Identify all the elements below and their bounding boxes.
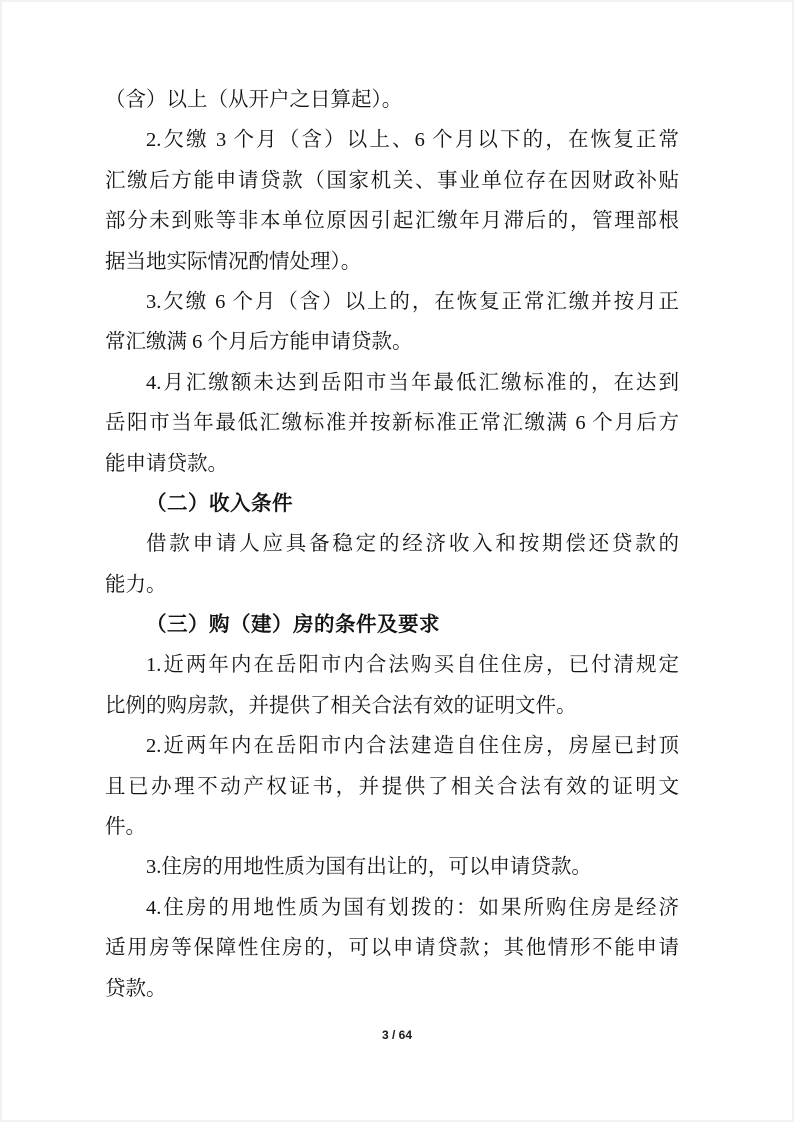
text-line: 4.月汇缴额未达到岳阳市当年最低汇缴标准的，在达到 (105, 363, 679, 403)
text-line: 且已办理不动产权证书，并提供了相关合法有效的证明文 (105, 767, 679, 807)
text-line: 能申请贷款。 (105, 444, 679, 484)
text-line: 1.近两年内在岳阳市内合法购买自住住房，已付清规定 (105, 645, 679, 685)
text-line: 适用房等保障性住房的，可以申请贷款；其他情形不能申请 (105, 928, 679, 968)
text-line: 岳阳市当年最低汇缴标准并按新标准正常汇缴满 6 个月后方 (105, 403, 679, 443)
page-number: 3 / 64 (2, 1028, 792, 1042)
heading-line: （三）购（建）房的条件及要求 (105, 605, 679, 645)
text-line: 3.欠缴 6 个月（含）以上的，在恢复正常汇缴并按月正 (105, 282, 679, 322)
text-line: 贷款。 (105, 969, 679, 1009)
text-line: 3.住房的用地性质为国有出让的，可以申请贷款。 (105, 847, 679, 887)
text-line: 借款申请人应具备稳定的经济收入和按期偿还贷款的 (105, 524, 679, 564)
text-line: 常汇缴满 6 个月后方能申请贷款。 (105, 322, 679, 362)
text-line: 汇缴后方能申请贷款（国家机关、事业单位存在因财政补贴 (105, 161, 679, 201)
text-line: 2.欠缴 3 个月（含）以上、6 个月以下的，在恢复正常 (105, 120, 679, 160)
text-line: （含）以上（从开户之日算起）。 (105, 80, 679, 120)
text-line: 据当地实际情况酌情处理）。 (105, 242, 679, 282)
text-line: 能力。 (105, 565, 679, 605)
document-body: （含）以上（从开户之日算起）。2.欠缴 3 个月（含）以上、6 个月以下的，在恢… (105, 2, 679, 1009)
text-line: 部分未到账等非本单位原因引起汇缴年月滞后的，管理部根 (105, 201, 679, 241)
document-page: （含）以上（从开户之日算起）。2.欠缴 3 个月（含）以上、6 个月以下的，在恢… (0, 0, 794, 1122)
text-line: 2.近两年内在岳阳市内合法建造自住住房，房屋已封顶 (105, 726, 679, 766)
text-line: 件。 (105, 807, 679, 847)
text-line: 4.住房的用地性质为国有划拨的：如果所购住房是经济 (105, 888, 679, 928)
heading-line: （二）收入条件 (105, 484, 679, 524)
text-line: 比例的购房款，并提供了相关合法有效的证明文件。 (105, 686, 679, 726)
